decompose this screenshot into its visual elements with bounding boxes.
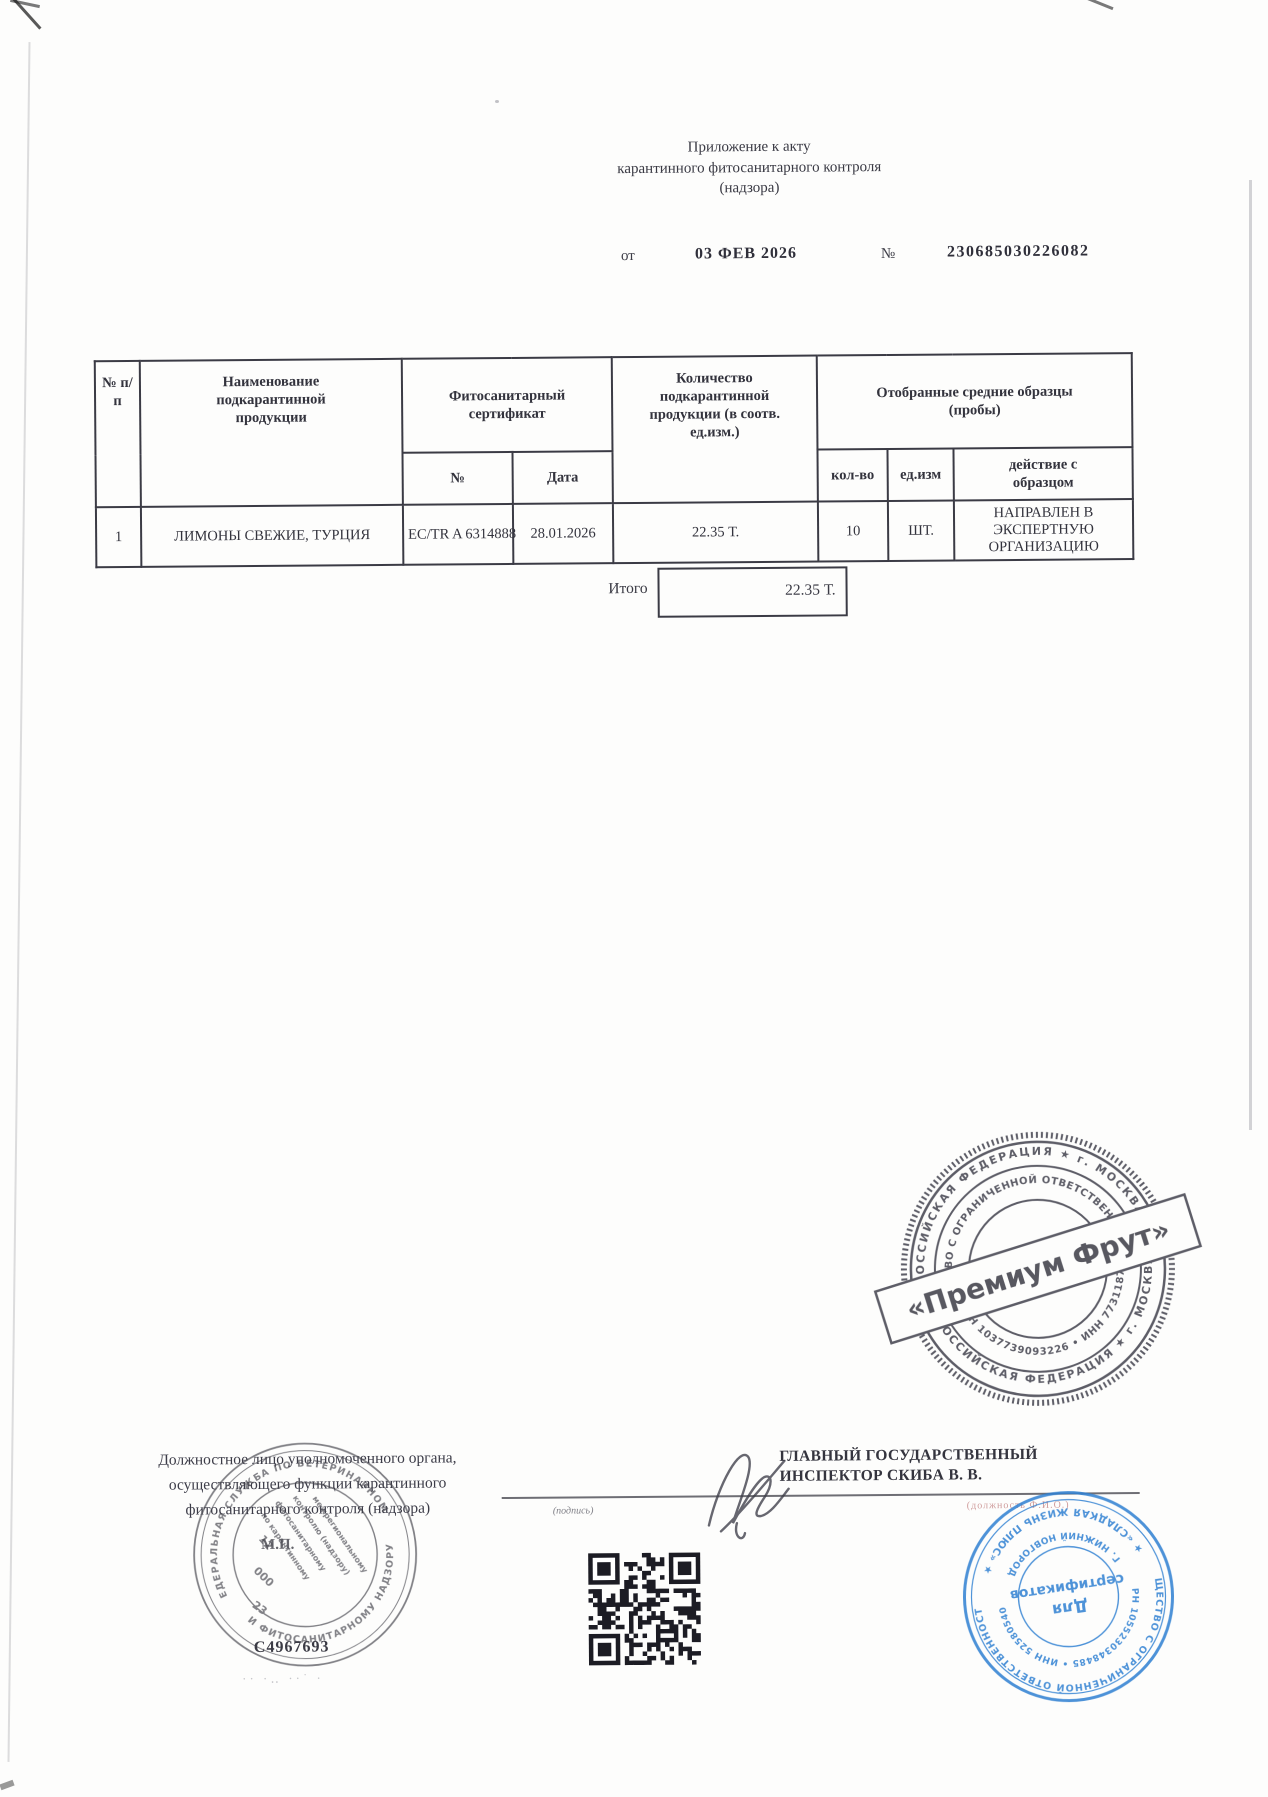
premium-frut-stamp: ★ РОССИЙСКАЯ ФЕДЕРАЦИЯ ★ г. МОСКВА ★ РОС…	[887, 1118, 1189, 1420]
products-table: № п/п Наименование подкарантинной продук…	[94, 352, 1135, 568]
col-header-product: Наименование подкарантинной продукции	[140, 359, 403, 507]
row-quantity: 22.35 Т.	[613, 502, 818, 564]
row-num: 1	[96, 507, 141, 567]
qr-finder-top-right	[669, 1553, 701, 1585]
blue-stamp-center-line-1: Для	[1051, 1596, 1090, 1620]
col-header-quantity: Количество подкарантинной продукции (в с…	[612, 356, 818, 504]
blue-stamp-inner-top: ОГРН 1055230348485 • ИНН 5258054000	[998, 1578, 1210, 1732]
row-sample-action: НАПРАВЛЕН В ЭКСПЕРТНУЮ ОРГАНИЗАЦИЮ	[954, 499, 1133, 560]
mp-label: М.П.	[261, 1537, 294, 1554]
qr-finder-top-left	[588, 1553, 620, 1585]
number-value: 230685030226082	[947, 242, 1090, 261]
row-sample-unit: ШТ.	[888, 500, 954, 561]
title-line-3: (надзора)	[534, 176, 964, 200]
subcol-sample-unit: ед.изм	[887, 448, 953, 501]
row-product: ЛИМОНЫ СВЕЖИЕ, ТУРЦИЯ	[141, 505, 403, 567]
row-sample-qty: 10	[818, 501, 888, 562]
stamp-code: С4967693	[254, 1638, 330, 1657]
official-stamp-number-000: 000	[251, 1564, 277, 1589]
subcol-sample-qty: кол-во	[817, 449, 887, 502]
col-header-samples: Отобранные средние образцы (пробы)	[817, 353, 1133, 449]
date-value: 03 ФЕВ 2026	[695, 245, 797, 264]
document-content: Приложение к акту карантинного фитосанит…	[0, 0, 1268, 1797]
qr-code	[588, 1553, 701, 1666]
from-label: от	[621, 248, 635, 265]
subcol-cert-no: №	[402, 452, 512, 505]
col-header-certificate: Фитосанитарный сертификат	[402, 357, 613, 453]
blue-stamp-center-line-2: сертификатов	[1009, 1570, 1125, 1603]
scanned-document-page: Приложение к акту карантинного фитосанит…	[0, 0, 1268, 1797]
table-row: 1 ЛИМОНЫ СВЕЖИЕ, ТУРЦИЯ EC/TR A 6314888 …	[96, 499, 1133, 567]
svg-text:ОГРН 1055230348485 • ИНН 52580: ОГРН 1055230348485 • ИНН 5258054000	[998, 1578, 1210, 1732]
total-value: 22.35 Т.	[659, 568, 845, 613]
date-number-row: от 03 ФЕВ 2026 № 230685030226082	[0, 0, 1261, 5]
row-cert-no: EC/TR A 6314888	[403, 504, 513, 565]
col-header-num: № п/п	[95, 361, 141, 507]
subcol-cert-date: Дата	[512, 451, 612, 504]
total-box: 22.35 Т.	[657, 566, 847, 617]
qr-finder-bottom-left	[589, 1634, 621, 1666]
stamp-code-dots: ·· ·‥ ··˙ ·	[242, 1670, 352, 1697]
certificates-blue-stamp: ОБЩЕСТВО С ОГРАНИЧЕННОЙ ОТВЕТСТВЕННОСТЬЮ…	[948, 1476, 1190, 1718]
signature-caption: (подпись)	[553, 1505, 594, 1516]
document-title: Приложение к акту карантинного фитосанит…	[534, 135, 964, 200]
subcol-sample-action: действие с образцом	[953, 447, 1132, 500]
total-label: Итого	[556, 580, 648, 599]
number-label: №	[881, 246, 895, 263]
row-cert-date: 28.01.2026	[513, 503, 613, 564]
